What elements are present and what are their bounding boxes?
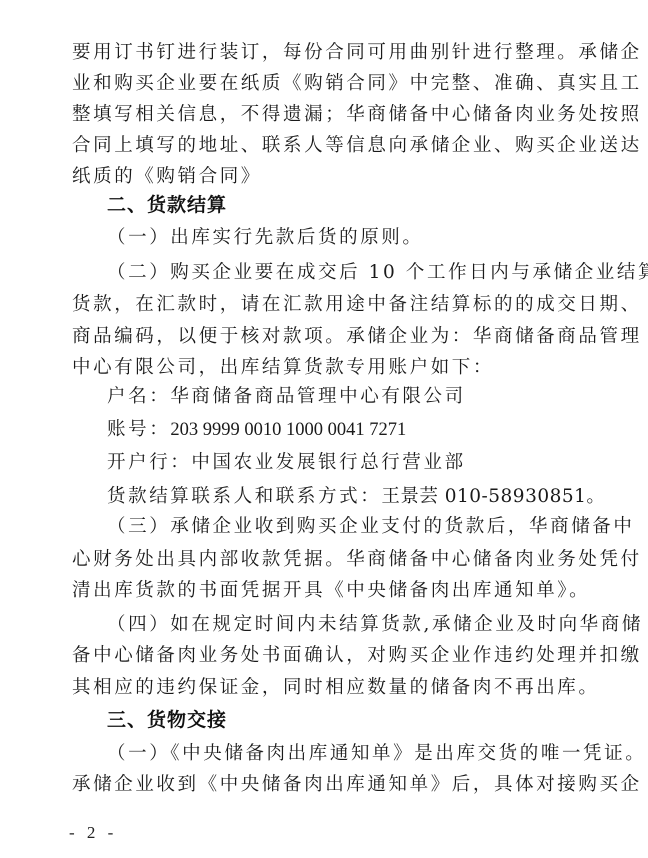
account-name-value: 华商储备商品管理中心有限公司 bbox=[170, 386, 465, 407]
document-page: 要用订书钉进行装订，每份合同可用曲别针进行整理。承储企 业和购买企业要在纸质《购… bbox=[0, 0, 648, 858]
account-number-row: 账号：203 9999 0010 1000 0041 7271 bbox=[107, 417, 582, 443]
body-text-line: 中心有限公司，出库结算货款专用账户如下： bbox=[72, 355, 582, 381]
page-number: - 2 - bbox=[69, 823, 117, 843]
body-text-line: （四）如在规定时间内未结算货款,承储企业及时向华商储 bbox=[107, 612, 582, 638]
body-text-line: 商品编码，以便于核对款项。承储企业为：华商储备商品管理 bbox=[72, 324, 582, 350]
account-name-row: 户名：华商储备商品管理中心有限公司 bbox=[107, 384, 582, 410]
body-text-line: 承储企业收到《中央储备肉出库通知单》后，具体对接购买企 bbox=[72, 772, 582, 798]
body-text-line: 备中心储备肉业务处书面确认，对购买企业作违约处理并扣缴 bbox=[72, 643, 582, 669]
body-text-line: （二）购买企业要在成交后 10 个工作日内与承储企业结算 bbox=[107, 260, 582, 286]
account-number-label: 账号： bbox=[107, 419, 170, 440]
body-text-line: 要用订书钉进行装订，每份合同可用曲别针进行整理。承储企 bbox=[72, 40, 582, 66]
bank-label: 开户行： bbox=[107, 452, 191, 473]
contact-value: 王景芸 010-58930851。 bbox=[381, 486, 605, 507]
body-text-line: 心财务处出具内部收款凭据。华商储备中心储备肉业务处凭付 bbox=[72, 547, 582, 573]
body-text-line: （三）承储企业收到购买企业支付的货款后，华商储备中 bbox=[107, 514, 582, 540]
body-text-line: （一）《中央储备肉出库通知单》是出库交货的唯一凭证。 bbox=[107, 741, 582, 767]
contact-row: 货款结算联系人和联系方式：王景芸 010-58930851。 bbox=[107, 484, 582, 510]
body-text-line: 清出库货款的书面凭据开具《中央储备肉出库通知单》。 bbox=[72, 578, 582, 604]
body-text-line: 业和购买企业要在纸质《购销合同》中完整、准确、真实且工 bbox=[72, 71, 582, 97]
contact-label: 货款结算联系人和联系方式： bbox=[107, 486, 381, 507]
body-text-line: 合同上填写的地址、联系人等信息向承储企业、购买企业送达 bbox=[72, 133, 582, 159]
bank-value: 中国农业发展银行总行营业部 bbox=[191, 452, 465, 473]
body-text-line: 货款，在汇款时，请在汇款用途中备注结算标的的成交日期、 bbox=[72, 292, 582, 318]
body-text-line: （一）出库实行先款后货的原则。 bbox=[107, 225, 582, 251]
body-text-line: 整填写相关信息，不得遗漏；华商储备中心储备肉业务处按照 bbox=[72, 102, 582, 128]
section-heading-payment-settlement: 二、货款结算 bbox=[107, 191, 227, 219]
section-heading-goods-handover: 三、货物交接 bbox=[107, 706, 227, 734]
account-number-value: 203 9999 0010 1000 0041 7271 bbox=[170, 420, 406, 440]
bank-row: 开户行：中国农业发展银行总行营业部 bbox=[107, 450, 582, 476]
account-name-label: 户名： bbox=[107, 386, 170, 407]
body-text-line: 其相应的违约保证金，同时相应数量的储备肉不再出库。 bbox=[72, 675, 582, 701]
body-text-line: 纸质的《购销合同》 bbox=[72, 164, 582, 190]
